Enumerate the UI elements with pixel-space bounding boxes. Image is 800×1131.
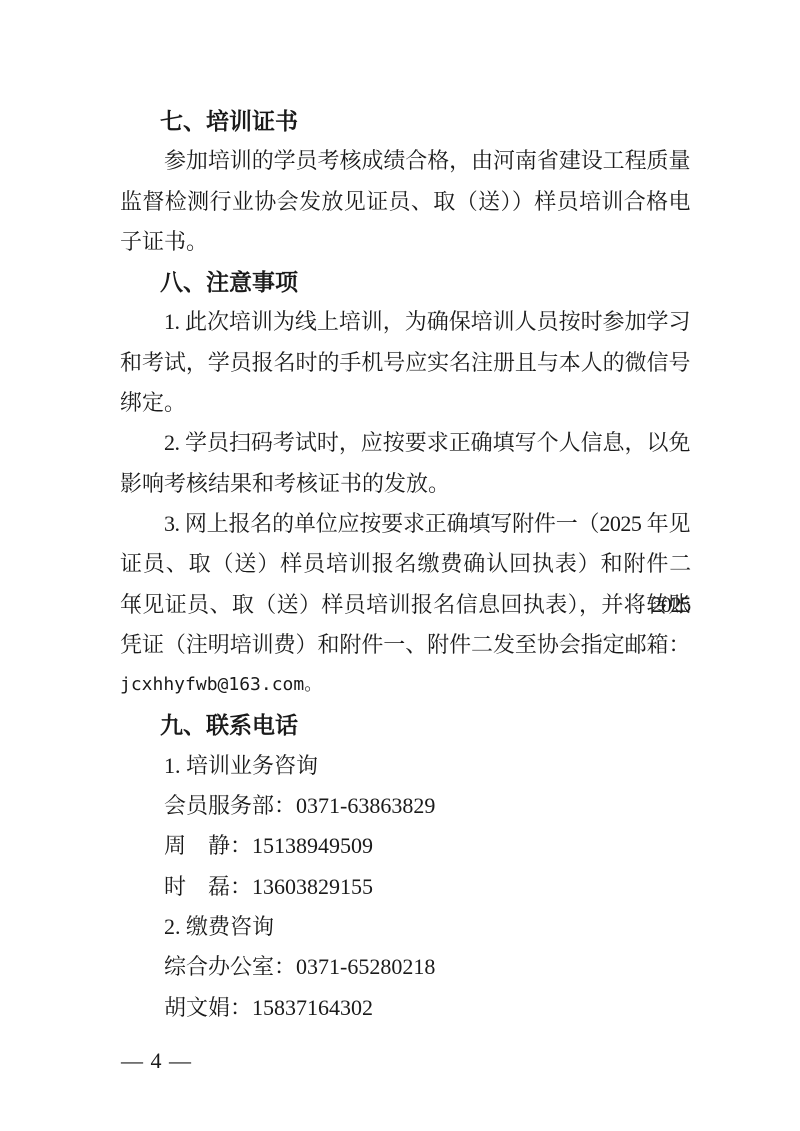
paragraph-line: 子证书。 [120, 222, 690, 262]
section-heading-contact-phone: 九、联系电话 [120, 705, 690, 745]
contact-line: 2. 缴费咨询 [120, 907, 690, 947]
paragraph-line: 凭证（注明培训费）和附件一、附件二发至协会指定邮箱： [120, 625, 690, 665]
contact-line: 会员服务部：0371-63863829 [120, 786, 690, 826]
document-content: 七、培训证书 参加培训的学员考核成绩合格，由河南省建设工程质量 监督检测行业协会… [120, 101, 690, 1028]
paragraph-line: 证员、取（送）样员培训报名缴费确认回执表）和附件二（2025 [120, 544, 690, 584]
section-heading-notes: 八、注意事项 [120, 262, 690, 302]
contact-line: 综合办公室：0371-65280218 [120, 947, 690, 987]
email-address: jcxhhyfwb@163.com。 [120, 665, 690, 705]
contact-line: 胡文娟：15837164302 [120, 988, 690, 1028]
contact-line: 周 静：15138949509 [120, 826, 690, 866]
contact-line: 时 磊：13603829155 [120, 867, 690, 907]
page-number: — 4 — [121, 1041, 192, 1081]
paragraph-line: 和考试，学员报名时的手机号应实名注册且与本人的微信号 [120, 343, 690, 383]
section-heading-training-certificate: 七、培训证书 [120, 101, 690, 141]
document-page: 七、培训证书 参加培训的学员考核成绩合格，由河南省建设工程质量 监督检测行业协会… [0, 0, 800, 1131]
paragraph-line: 监督检测行业协会发放见证员、取（送））样员培训合格电 [120, 182, 690, 222]
paragraph-line: 影响考核结果和考核证书的发放。 [120, 464, 690, 504]
paragraph-line: 年见证员、取（送）样员培训报名信息回执表），并将转账 [120, 585, 690, 625]
paragraph-line: 2. 学员扫码考试时，应按要求正确填写个人信息，以免 [120, 423, 690, 463]
contact-line: 1. 培训业务咨询 [120, 746, 690, 786]
paragraph-line: 参加培训的学员考核成绩合格，由河南省建设工程质量 [120, 141, 690, 181]
paragraph-line: 绑定。 [120, 383, 690, 423]
paragraph-line: 3. 网上报名的单位应按要求正确填写附件一（2025 年见 [120, 504, 690, 544]
paragraph-line: 1. 此次培训为线上培训，为确保培训人员按时参加学习 [120, 302, 690, 342]
